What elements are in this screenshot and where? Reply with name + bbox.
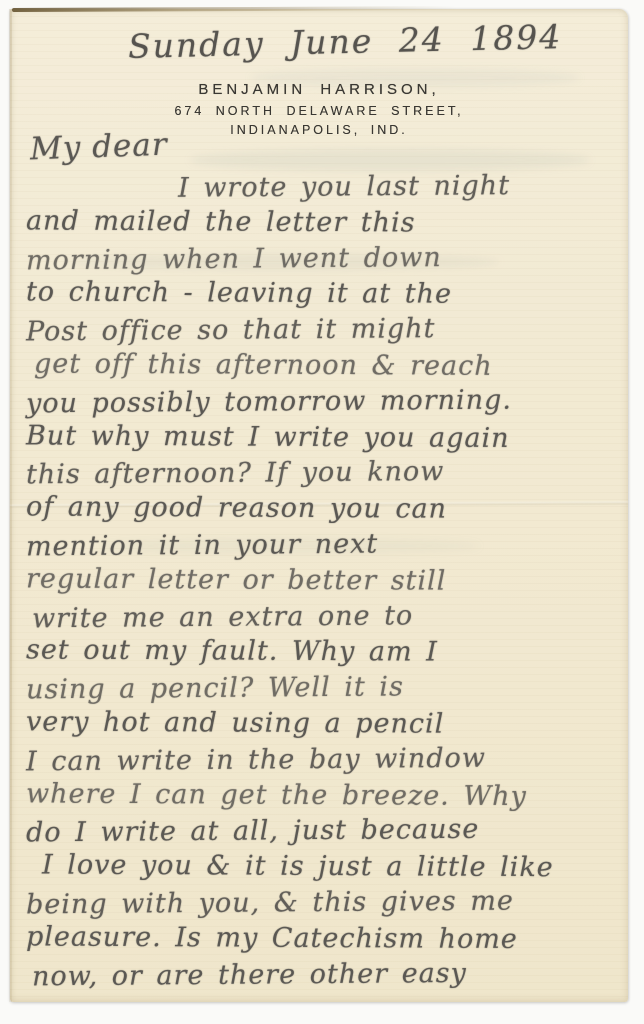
handwritten-date: Sunday June 24 1894 (128, 17, 563, 66)
scanned-letter-page: { "document": { "date_line": "Sunday Jun… (0, 0, 644, 1024)
handwritten-line: write me an extra one to (32, 596, 624, 636)
handwritten-line: this afternoon? If you know (26, 453, 624, 493)
handwritten-line: being with you, & this gives me (26, 883, 624, 923)
salutation: My dear (29, 127, 168, 168)
handwritten-line: using a pencil? Well it is (26, 668, 624, 708)
handwritten-line: I wrote you last night (178, 167, 624, 206)
handwritten-line: I can write in the bay window (26, 739, 624, 779)
handwritten-line: you possibly tomorrow morning. (26, 381, 624, 421)
letter-paper: Sunday June 24 1894 BENJAMIN HARRISON, 6… (10, 9, 628, 1002)
handwritten-line: morning when I went down (26, 238, 624, 278)
handwritten-line: very hot and using a pencil (26, 704, 624, 743)
letterhead-name: BENJAMIN HARRISON, (10, 81, 628, 98)
handwritten-line: get off this afternoon & reach (34, 346, 624, 385)
handwritten-line: But why must I write you again (26, 418, 624, 457)
handwritten-line: regular letter or better still (26, 561, 624, 600)
letterhead-street: 674 NORTH DELAWARE STREET, (10, 104, 628, 118)
handwritten-line: I love you & it is just a little like (42, 848, 624, 887)
letter-body: I wrote you last night and mailed the le… (26, 169, 624, 992)
handwritten-line: of any good reason you can (26, 490, 624, 529)
handwritten-line: set out my fault. Why am I (26, 633, 624, 672)
handwritten-line: pleasure. Is my Catechism home (26, 919, 624, 958)
handwritten-line: mention it in your next (26, 525, 624, 565)
handwritten-line: now, or are there other easy (32, 954, 624, 994)
handwritten-line: do I write at all, just because (26, 811, 624, 851)
handwritten-line: where I can get the breeze. Why (26, 776, 624, 815)
handwritten-line: and mailed the letter this (26, 203, 624, 242)
handwritten-line: Post office so that it might (26, 310, 624, 350)
handwritten-line: to church - leaving it at the (26, 275, 624, 314)
